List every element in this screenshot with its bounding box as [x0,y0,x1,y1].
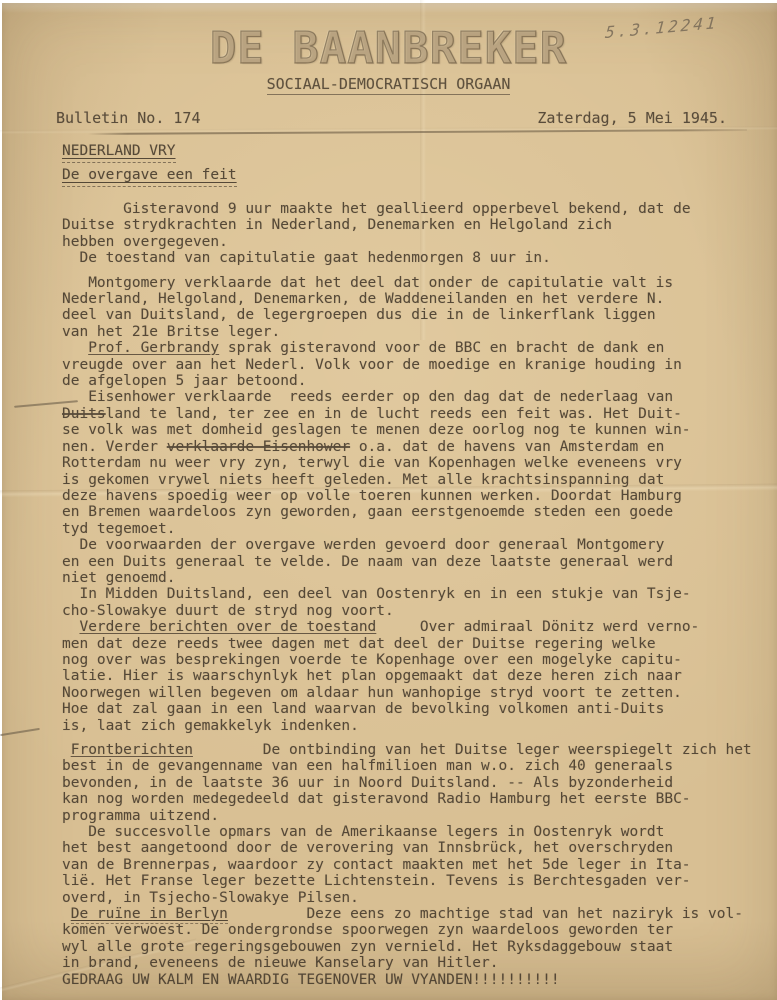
closing-exhortation: GEDRAAG UW KALM EN WAARDIG TEGENOVER UW … [62,972,752,988]
indent-pad [62,619,79,635]
struck-text: Duits [62,406,106,422]
bulletin-number: Bulletin No. 174 [56,109,201,127]
section-heading: Frontberichten [71,742,193,758]
indent-pad [62,742,71,758]
section-verdere-berichten: Verdere berichten over de toestand Over … [62,619,752,734]
article-body: NEDERLAND VRY De overgave een feit Giste… [62,143,752,988]
bulletin-page: 5.3.12241 DE BAANBREKER SOCIAAL-DEMOCRAT… [0,0,777,1000]
meta-row: Bulletin No. 174 Zaterdag, 5 Mei 1945. [56,109,727,127]
issue-date: Zaterdag, 5 Mei 1945. [537,109,727,127]
section-heading: Verdere berichten over de toestand [79,619,376,635]
paragraph-surrender-terms: De voorwaarden der overgave werden gevoe… [62,537,752,619]
indent-pad [62,906,71,922]
section-text: De ontbinding van het Duitse leger weers… [62,742,752,906]
paragraph-montgomery-eisenhower: Montgomery verklaarde dat het deel dat o… [62,275,752,538]
masthead: DE BAANBREKER SOCIAAL-DEMOCRATISCH ORGAA… [0,24,777,95]
underlined-name-gerbrandy: Prof. Gerbrandy [88,340,219,356]
section-frontberichten: Frontberichten De ontbinding van het Dui… [62,742,752,906]
headline-secondary: De overgave een feit [62,167,237,187]
section-text: Over admiraal Dönitz werd verno- men dat… [62,619,699,733]
paragraph-capitulation: Gisteravond 9 uur maakte het geallieerd … [62,201,752,267]
struck-text: verklaarde Eisenhower [167,439,350,455]
headline-primary: NEDERLAND VRY [62,143,176,163]
section-ruine-berlyn: De ruïne in Berlyn Deze eens zo machtige… [62,906,752,972]
masthead-subtitle: SOCIAAL-DEMOCRATISCH ORGAAN [267,75,511,95]
masthead-title: DE BAANBREKER [0,24,777,74]
